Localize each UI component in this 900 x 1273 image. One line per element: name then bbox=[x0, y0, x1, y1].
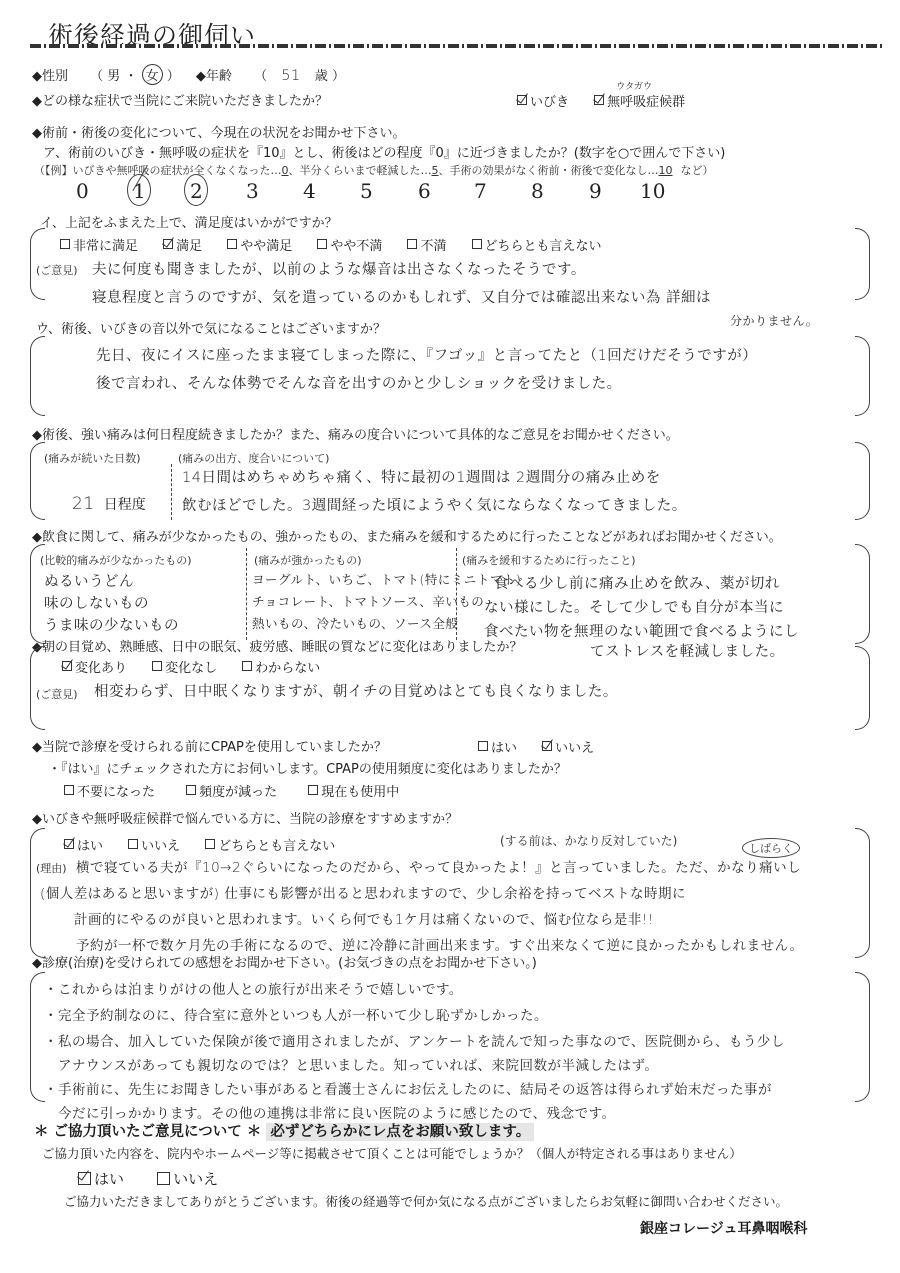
satisfaction-opinion-label: (ご意見) bbox=[36, 262, 78, 278]
pain-detail-line-2[interactable]: 飲むほどでした。3週間経った頃にようやく気にならなくなってきました。 bbox=[182, 494, 687, 515]
consent-option-yes[interactable]: はい bbox=[78, 1168, 124, 1189]
checkbox-icon bbox=[128, 839, 138, 849]
scale-7[interactable]: 7 bbox=[474, 179, 487, 203]
consent-heading: ＊ ご協力頂いたご意見について ＊ 必ずどちらかにレ点をお願い致します。 bbox=[34, 1120, 534, 1141]
checkbox-icon bbox=[186, 785, 196, 795]
cpap-option-no[interactable]: いいえ bbox=[542, 737, 594, 756]
sleep-opinion[interactable]: 相変わらず、日中眠くなりますが、朝イチの目覚めはとても良くなりました。 bbox=[94, 680, 618, 701]
impression-line[interactable]: ・これからは泊まりがけの他人との旅行が出来そうで嬉しいです。 bbox=[44, 978, 463, 998]
other-concerns-question: ウ、術後、いびきの音以外で気になることはございますか？ bbox=[36, 318, 386, 337]
option-satisfied[interactable]: 満足 bbox=[163, 235, 202, 254]
footer-thanks: ご協力いただきましてありがとうございます。術後の経過等で何か気になる点がございま… bbox=[64, 1192, 788, 1210]
scale-4[interactable]: 4 bbox=[303, 179, 316, 203]
pain-days-value[interactable]: 21 bbox=[72, 494, 95, 514]
gender-label: ◆性別 bbox=[32, 69, 68, 84]
checkbox-icon bbox=[517, 95, 527, 105]
consent-heading-highlight: 必ずどちらかにレ点をお願い致します。 bbox=[266, 1123, 534, 1141]
option-reduced[interactable]: 頻度が減った bbox=[186, 781, 277, 800]
option-still-using[interactable]: 現在も使用中 bbox=[308, 781, 399, 800]
impression-line[interactable]: アナウンスがあっても親切なのでは？と思いました。知っていれば、来院回数が半減した… bbox=[58, 1054, 658, 1074]
checkbox-apnea[interactable]: 無呼吸症候群 ウタガウ bbox=[594, 91, 685, 110]
checkbox-snoring[interactable]: いびき bbox=[517, 91, 569, 110]
food-less-item[interactable]: ぬるいうどん bbox=[44, 570, 134, 591]
checkbox-icon bbox=[472, 239, 482, 249]
impression-line[interactable]: ・私の場合、加入していた保険が後で適用されましたが、アンケートを読んで知った事な… bbox=[44, 1030, 785, 1050]
consent-options: はい いいえ bbox=[78, 1168, 238, 1189]
impression-line[interactable]: 今だに引っかかります。その他の連携は非常に良い医院のように感じたので、残念です。 bbox=[58, 1102, 616, 1122]
symptoms-question: ◆どの様な症状で当院にご来院いただきましたか？ bbox=[32, 90, 328, 109]
recommend-option-neither[interactable]: どちらとも言えない bbox=[205, 835, 335, 854]
satisfaction-question: イ、上記をふまえた上で、満足度はいかがですか？ bbox=[40, 212, 338, 231]
pain-detail-line-1[interactable]: 14日間はめちゃめちゃ痛く、特に最初の1週間は 2週間分の痛み止めを bbox=[182, 466, 661, 487]
food-strong-item[interactable]: ヨーグルト、いちご、トマト(特にミニトマト) bbox=[252, 570, 521, 588]
checkbox-icon bbox=[594, 95, 604, 105]
change-sub-a: ア、術前のいびき・無呼吸の症状を『10』とし、術後はどの程度『0』に近づきました… bbox=[43, 142, 725, 161]
food-question: ◆飲食に関して、痛みが少なかったもの、強かったもの、また痛みを緩和するために行っ… bbox=[32, 526, 782, 545]
box-bracket-left bbox=[30, 442, 45, 520]
checkbox-icon bbox=[78, 1172, 91, 1185]
recommend-question: ◆いびきや無呼吸症候群で悩んでいる方に、当院の診療をすすめますか？ bbox=[32, 808, 458, 827]
option-unknown[interactable]: わからない bbox=[242, 657, 320, 676]
food-less-item[interactable]: うま味の少ないもの bbox=[44, 614, 179, 635]
box-bracket-right bbox=[855, 646, 870, 730]
checkbox-icon bbox=[62, 661, 72, 671]
checkbox-icon bbox=[163, 239, 173, 249]
option-dissatisfied[interactable]: 不満 bbox=[407, 235, 446, 254]
option-very-satisfied[interactable]: 非常に満足 bbox=[60, 235, 138, 254]
box-bracket-right bbox=[855, 336, 870, 416]
consent-question: ご協力頂いた内容を、院内やホームページ等に掲載させて頂くことは可能でしょうか？（… bbox=[42, 1144, 742, 1162]
option-somewhat-satisfied[interactable]: やや満足 bbox=[227, 235, 292, 254]
scale-8[interactable]: 8 bbox=[531, 179, 544, 203]
checkbox-icon bbox=[308, 785, 318, 795]
sleep-question: ◆朝の目覚め、熟睡感、日中の眠気、疲労感、睡眠の質などに変化はありましたか？ bbox=[32, 636, 522, 655]
sleep-options: 変化あり 変化なし わからない bbox=[62, 656, 340, 676]
checkbox-icon bbox=[478, 741, 488, 751]
box-bracket-left bbox=[30, 972, 45, 1102]
pain-detail-label: (痛みの出方、度合いについて) bbox=[178, 450, 329, 466]
scale-5[interactable]: 5 bbox=[360, 179, 373, 203]
checkbox-icon bbox=[157, 1172, 170, 1185]
other-concerns-line-1[interactable]: 先日、夜にイスに座ったまま寝てしまった際に、『フゴッ』と言ってたと（1回だけだそ… bbox=[96, 344, 757, 365]
recommend-options: はい いいえ どちらとも言えない bbox=[64, 834, 355, 854]
pain-question: ◆術後、強い痛みは何日程度続きましたか？また、痛みの度合いについて具体的なご意見… bbox=[32, 424, 679, 443]
age-label: ◆年齢 bbox=[196, 69, 232, 84]
food-strong-item[interactable]: チョコレート、トマトソース、辛いもの bbox=[252, 592, 484, 610]
circle-mark-2 bbox=[184, 174, 208, 206]
recommend-reason-line[interactable]: 計画的にやるのが良いと思われます。いくら何でも1ケ月は痛くないので、悩む位なら是… bbox=[74, 908, 654, 928]
age-value[interactable]: 51 bbox=[281, 68, 300, 84]
cpap-followup-options: 不要になった 頻度が減った 現在も使用中 bbox=[64, 780, 419, 800]
impression-line[interactable]: ・完全予約制なのに、待合室に意外といつも人が一杯いて少し恥ずかしかった。 bbox=[44, 1004, 548, 1024]
checkbox-icon bbox=[407, 239, 417, 249]
food-strong-label: (痛みが強かったもの) bbox=[254, 552, 362, 568]
checkbox-icon bbox=[542, 741, 552, 751]
other-concerns-line-2[interactable]: 後で言われ、そんな体勢でそんな音を出すのかと少しショックを受けました。 bbox=[96, 372, 622, 393]
option-somewhat-dissatisfied[interactable]: やや不満 bbox=[317, 235, 382, 254]
satisfaction-opinion-line-3[interactable]: 分かりません。 bbox=[730, 312, 818, 329]
column-divider bbox=[246, 548, 247, 640]
pain-days-unit: 日程度 bbox=[104, 497, 146, 513]
cpap-question: ◆当院で診療を受けられる前にCPAPを使用していましたか？ bbox=[32, 736, 387, 755]
option-changed[interactable]: 変化あり bbox=[62, 657, 127, 676]
checkbox-icon bbox=[205, 839, 215, 849]
title-divider bbox=[30, 44, 885, 48]
option-no-change[interactable]: 変化なし bbox=[152, 657, 217, 676]
food-less-label: (比較的痛みが少なかったもの) bbox=[40, 552, 192, 568]
age-unit: 歳 bbox=[315, 69, 328, 84]
box-bracket-left bbox=[30, 336, 45, 416]
box-bracket-right bbox=[855, 442, 870, 520]
food-relief-line[interactable]: 食べたい物を無理のない範囲で食べるようにし bbox=[484, 620, 799, 641]
column-divider bbox=[171, 464, 172, 520]
scale-0[interactable]: 0 bbox=[76, 179, 89, 203]
gender-row: ◆性別 （ 男 ・ 女 ） ◆年齢 （ 51 歳 ） bbox=[32, 64, 345, 85]
pain-days-label: (痛みが続いた日数) bbox=[44, 450, 141, 466]
food-strong-item[interactable]: 熱いもの、冷たいもの、ソース全般 bbox=[252, 614, 458, 632]
food-less-item[interactable]: 味のしないもの bbox=[44, 592, 149, 613]
recommend-reason-line[interactable]: 横で寝ている夫が『10→2ぐらいになったのだから、やって良かったよ！』と言ってい… bbox=[76, 856, 801, 876]
food-relief-line[interactable]: てストレスを軽減しました。 bbox=[590, 640, 785, 661]
recommend-annotation[interactable]: (する前は、かなり反対していた) bbox=[500, 832, 677, 849]
cpap-option-yes[interactable]: はい bbox=[478, 737, 517, 756]
recommend-reason-line[interactable]: 予約が一杯で数ケ月先の手術になるので、逆に冷静に計画出来ます。すぐ出来なくて逆に… bbox=[76, 934, 803, 954]
satisfaction-opinion-line-1[interactable]: 夫に何度も聞きましたが、以前のような爆音は出さなくなったそうです。 bbox=[92, 258, 586, 279]
checkbox-icon bbox=[152, 661, 162, 671]
scale-3[interactable]: 3 bbox=[246, 179, 259, 203]
change-question: ◆術前・術後の変化について、今現在の状況をお聞かせ下さい。 bbox=[32, 122, 405, 141]
checkbox-icon bbox=[64, 839, 74, 849]
checkbox-icon bbox=[242, 661, 252, 671]
food-relief-line[interactable]: 食べる少し前に痛み止めを飲み、薬が切れ bbox=[494, 572, 780, 593]
box-bracket-right bbox=[855, 972, 870, 1102]
apnea-annotation: ウタガウ bbox=[616, 79, 652, 92]
cpap-followup: ・『はい』にチェックされた方にお伺いします。CPAPの使用頻度に変化はありました… bbox=[48, 758, 567, 777]
recommend-reason-line[interactable]: (個人差はあると思いますが) 仕事にも影響が出ると思われますので、少し余裕を持っ… bbox=[40, 882, 686, 902]
consent-option-no[interactable]: いいえ bbox=[157, 1168, 218, 1189]
satisfaction-options: 非常に満足 満足 やや満足 やや不満 不満 どちらとも言えない bbox=[60, 234, 622, 254]
scale-10[interactable]: 10 bbox=[640, 179, 665, 203]
checkbox-icon bbox=[227, 239, 237, 249]
recommend-annotation-shibaraku[interactable]: しばらく bbox=[742, 838, 800, 858]
option-neither[interactable]: どちらとも言えない bbox=[472, 235, 602, 254]
box-bracket-right bbox=[855, 828, 870, 958]
checkbox-icon bbox=[64, 785, 74, 795]
satisfaction-opinion-line-2[interactable]: 寝息程度と言うのですが、気を遣っているのかもしれず、又自分では確認出来ない為 詳… bbox=[92, 286, 711, 307]
option-no-longer-needed[interactable]: 不要になった bbox=[64, 781, 155, 800]
scale-6[interactable]: 6 bbox=[418, 179, 431, 203]
pain-days: 21 日程度 bbox=[72, 494, 146, 514]
recommend-option-no[interactable]: いいえ bbox=[128, 835, 180, 854]
sleep-opinion-label: (ご意見) bbox=[36, 686, 78, 702]
clinic-name: 銀座コレージュ耳鼻咽喉科 bbox=[640, 1218, 807, 1238]
scale-9[interactable]: 9 bbox=[589, 179, 602, 203]
impression-line[interactable]: ・手術前に、先生にお聞きしたい事があると看護士さんにお伝えしたのに、結局その返答… bbox=[44, 1078, 772, 1098]
gender-option-female[interactable]: 女 bbox=[142, 64, 163, 85]
checkbox-icon bbox=[60, 239, 70, 249]
symptoms-options: いびき 無呼吸症候群 ウタガウ bbox=[517, 90, 705, 110]
food-relief-line[interactable]: ない様にした。そして少しでも自分が本当に bbox=[484, 596, 784, 617]
checkbox-icon bbox=[317, 239, 327, 249]
impressions-question: ◆診療(治療)を受けられての感想をお聞かせ下さい。(お気づきの点をお聞かせ下さい… bbox=[32, 952, 537, 971]
food-relief-label: (痛みを緩和するために行ったこと) bbox=[462, 552, 636, 568]
gender-option-male[interactable]: 男 bbox=[107, 69, 120, 84]
box-bracket-right bbox=[855, 228, 870, 300]
recommend-option-yes[interactable]: はい bbox=[64, 835, 103, 854]
recommend-reason-label: (理由) bbox=[36, 860, 67, 876]
box-bracket-right bbox=[855, 544, 870, 644]
cpap-options: はい いいえ bbox=[478, 736, 614, 756]
